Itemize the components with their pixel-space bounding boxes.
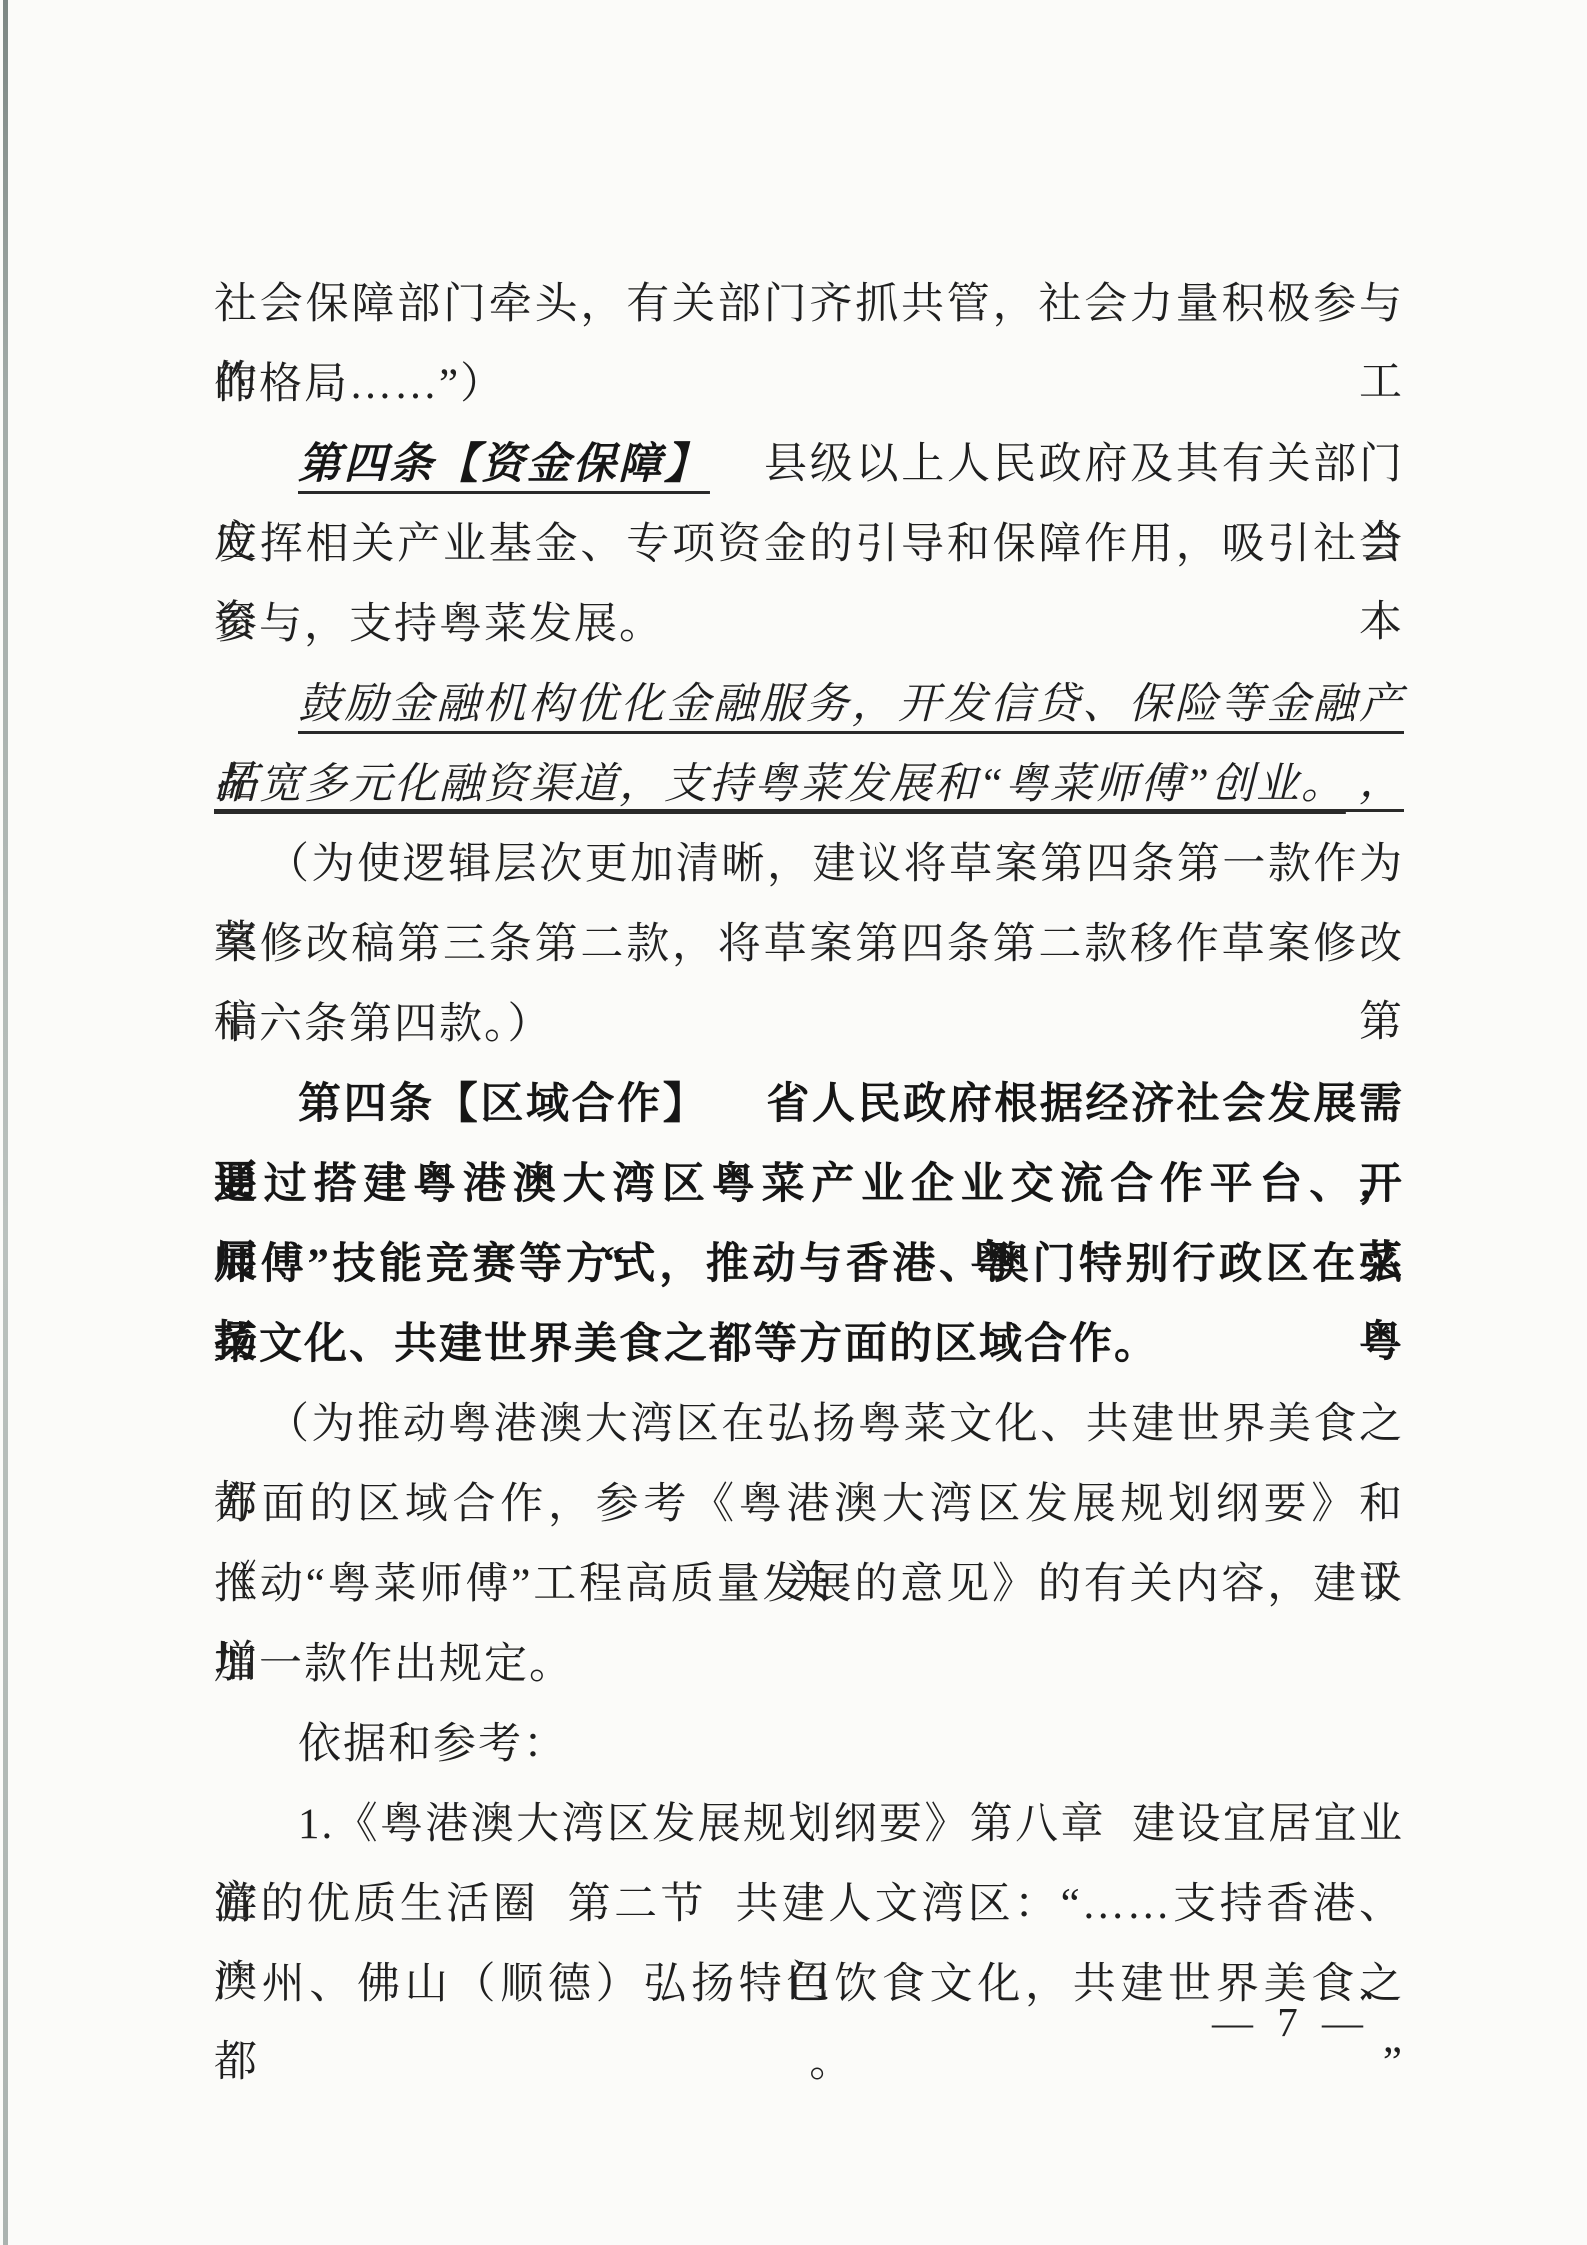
text-line-underlined: 鼓励金融机构优化金融服务，开发信贷、保险等金融产品，: [214, 666, 1404, 746]
text-line: 1.《粤港澳大湾区发展规划纲要》第八章 建设宜居宜业宜: [214, 1786, 1404, 1866]
page-number: — 7 —: [1212, 1998, 1370, 2046]
text-line: 发挥相关产业基金、专项资金的引导和保障作用，吸引社会资本: [214, 506, 1404, 586]
document-page: 社会保障部门牵头，有关部门齐抓共管，社会力量积极参与的工 作格局……”） 第四条…: [0, 0, 1587, 2245]
text-line: 案修改稿第三条第二款，将草案第四条第二款移作草案修改稿第: [214, 906, 1404, 986]
text-line: 社会保障部门牵头，有关部门齐抓共管，社会力量积极参与的工: [214, 266, 1404, 346]
text-line: 方面的区域合作，参考《粤港澳大湾区发展规划纲要》和《关于: [214, 1466, 1404, 1546]
text-line-bold: 第四条【区域合作】省人民政府根据经济社会发展需要，: [214, 1066, 1404, 1146]
scan-edge-line: [3, 0, 8, 2245]
text-line: （为使逻辑层次更加清晰，建议将草案第四条第一款作为草: [214, 826, 1404, 906]
text-line: 推动“粤菜师傅”工程高质量发展的意见》的有关内容，建议增: [214, 1546, 1404, 1626]
text-line: 加一款作出规定。: [214, 1626, 1404, 1706]
article-heading-regional: 第四条【区域合作】: [298, 1081, 708, 1128]
document-body: 社会保障部门牵头，有关部门齐抓共管，社会力量积极参与的工 作格局……”） 第四条…: [214, 266, 1404, 2026]
text-line-bold: 师傅”技能竞赛等方式，推动与香港、澳门特别行政区在弘扬粤: [214, 1226, 1404, 1306]
text-line: 游的优质生活圈 第二节 共建人文湾区：“……支持香港、澳门、: [214, 1866, 1404, 1946]
text-line-underlined: 拓宽多元化融资渠道，支持粤菜发展和“粤菜师傅”创业。: [214, 746, 1404, 826]
text-line: 第四条【资金保障】县级以上人民政府及其有关部门应当: [214, 426, 1404, 506]
article-heading-funding: 第四条【资金保障】: [298, 441, 710, 488]
text-line-bold: 通过搭建粤港澳大湾区粤菜产业企业交流合作平台、开展“粤菜: [214, 1146, 1404, 1226]
text-line: （为推动粤港澳大湾区在弘扬粤菜文化、共建世界美食之都: [214, 1386, 1404, 1466]
text-line: 依据和参考：: [214, 1706, 1404, 1786]
